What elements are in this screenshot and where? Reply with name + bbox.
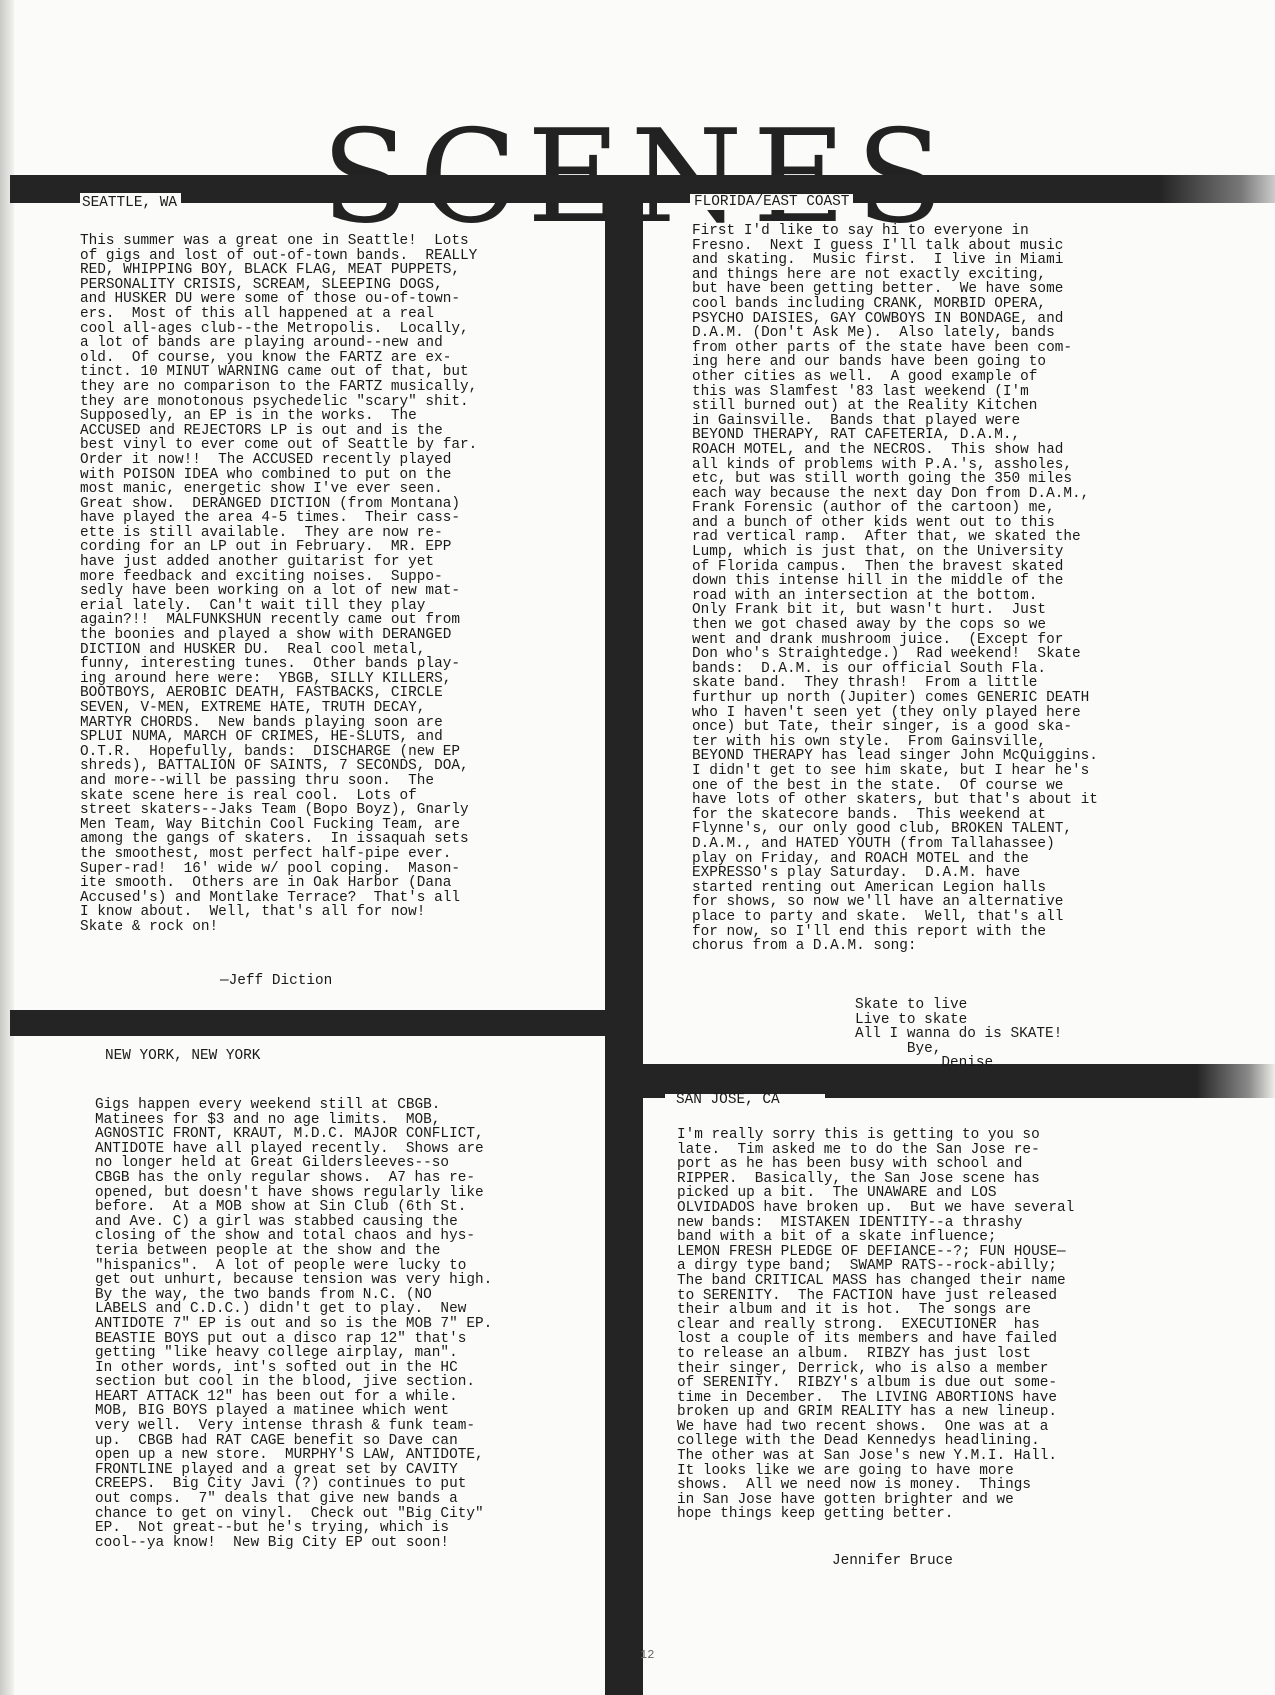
signature-san-jose: Jennifer Bruce <box>832 1554 953 1569</box>
section-body-seattle: This summer was a great one in Seattle! … <box>80 234 477 935</box>
divider-bar-left-middle <box>10 1010 610 1036</box>
divider-bar-top-fade <box>1160 175 1275 203</box>
section-body-florida: First I'd like to say hi to everyone in … <box>692 224 1098 954</box>
section-heading-san-jose: SAN JOSE, CA <box>670 1092 786 1108</box>
section-heading-new-york: NEW YORK, NEW YORK <box>105 1048 260 1064</box>
page-scan-edge <box>0 0 14 1695</box>
song-chorus-florida: Skate to live Live to skate All I wanna … <box>855 998 1062 1071</box>
page-number: 12 <box>640 1648 654 1662</box>
section-heading-seattle: SEATTLE, WA <box>80 193 181 213</box>
divider-bar-vertical <box>605 190 643 1695</box>
section-heading-florida: FLORIDA/EAST COAST <box>690 194 853 210</box>
section-body-san-jose: I'm really sorry this is getting to you … <box>677 1128 1074 1522</box>
signature-seattle: —Jeff Diction <box>220 974 332 989</box>
section-body-new-york: Gigs happen every weekend still at CBGB.… <box>95 1098 492 1550</box>
